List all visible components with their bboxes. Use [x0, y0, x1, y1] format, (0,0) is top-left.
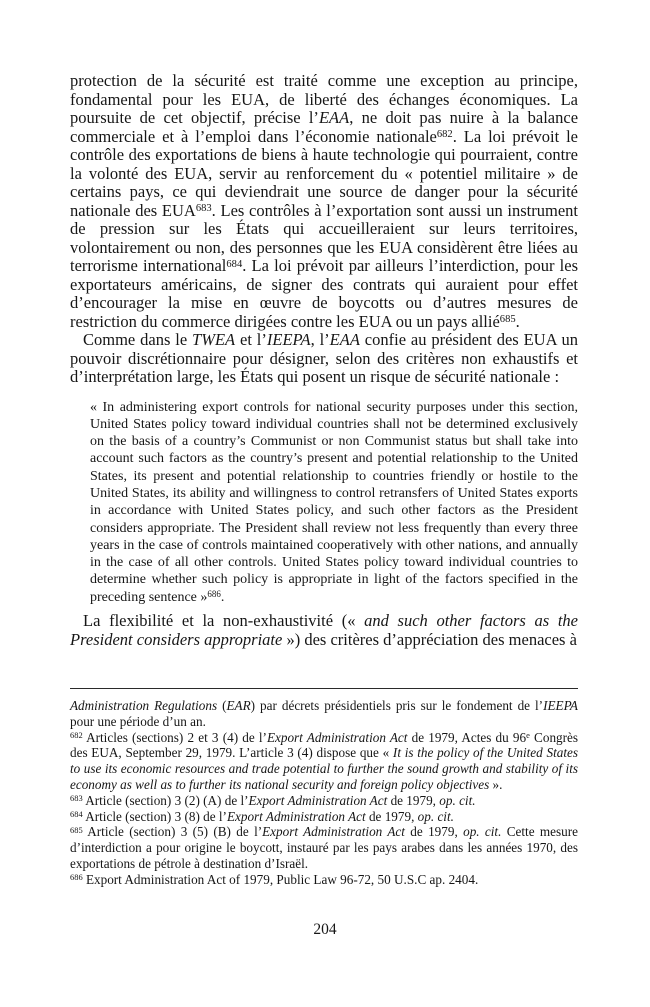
text-block: protection de la sécurité est traité com…	[70, 72, 578, 649]
footnote: 685 Article (section) 3 (5) (B) de l’Exp…	[70, 824, 578, 871]
paragraph: La flexibilité et la non-exhaustivité («…	[70, 612, 578, 649]
footnote: 686 Export Administration Act of 1979, P…	[70, 872, 578, 888]
paragraph: Comme dans le TWEA et l’IEEPA, l’EAA con…	[70, 331, 578, 387]
footnote-text: Article (section) 3 (8) de l’Export Admi…	[83, 809, 454, 824]
footnote-text: Articles (sections) 2 et 3 (4) de l’Expo…	[70, 730, 578, 792]
footnote-text: Article (section) 3 (5) (B) de l’Export …	[70, 824, 578, 871]
footnote-number: 686	[70, 872, 83, 882]
blockquote-citation: « In administering export controls for n…	[90, 399, 578, 607]
footnote-number: 683	[70, 793, 83, 803]
document-page: protection de la sécurité est traité com…	[0, 0, 650, 1007]
footnote-text: Export Administration Act of 1979, Publi…	[83, 872, 479, 887]
footnote-text: Article (section) 3 (2) (A) de l’Export …	[83, 793, 476, 808]
footnote-separator	[70, 688, 578, 689]
paragraph-continuation: protection de la sécurité est traité com…	[70, 72, 578, 331]
footnote-area: Administration Regulations (EAR) par déc…	[70, 688, 578, 888]
footnote: 684 Article (section) 3 (8) de l’Export …	[70, 809, 578, 825]
footnote-number: 684	[70, 809, 83, 819]
footnote-continuation: Administration Regulations (EAR) par déc…	[70, 698, 578, 730]
page-number: 204	[0, 921, 650, 939]
footnote-number: 682	[70, 730, 83, 740]
footnote-number: 685	[70, 825, 83, 835]
footnote: 683 Article (section) 3 (2) (A) de l’Exp…	[70, 793, 578, 809]
footnote: 682 Articles (sections) 2 et 3 (4) de l’…	[70, 730, 578, 793]
